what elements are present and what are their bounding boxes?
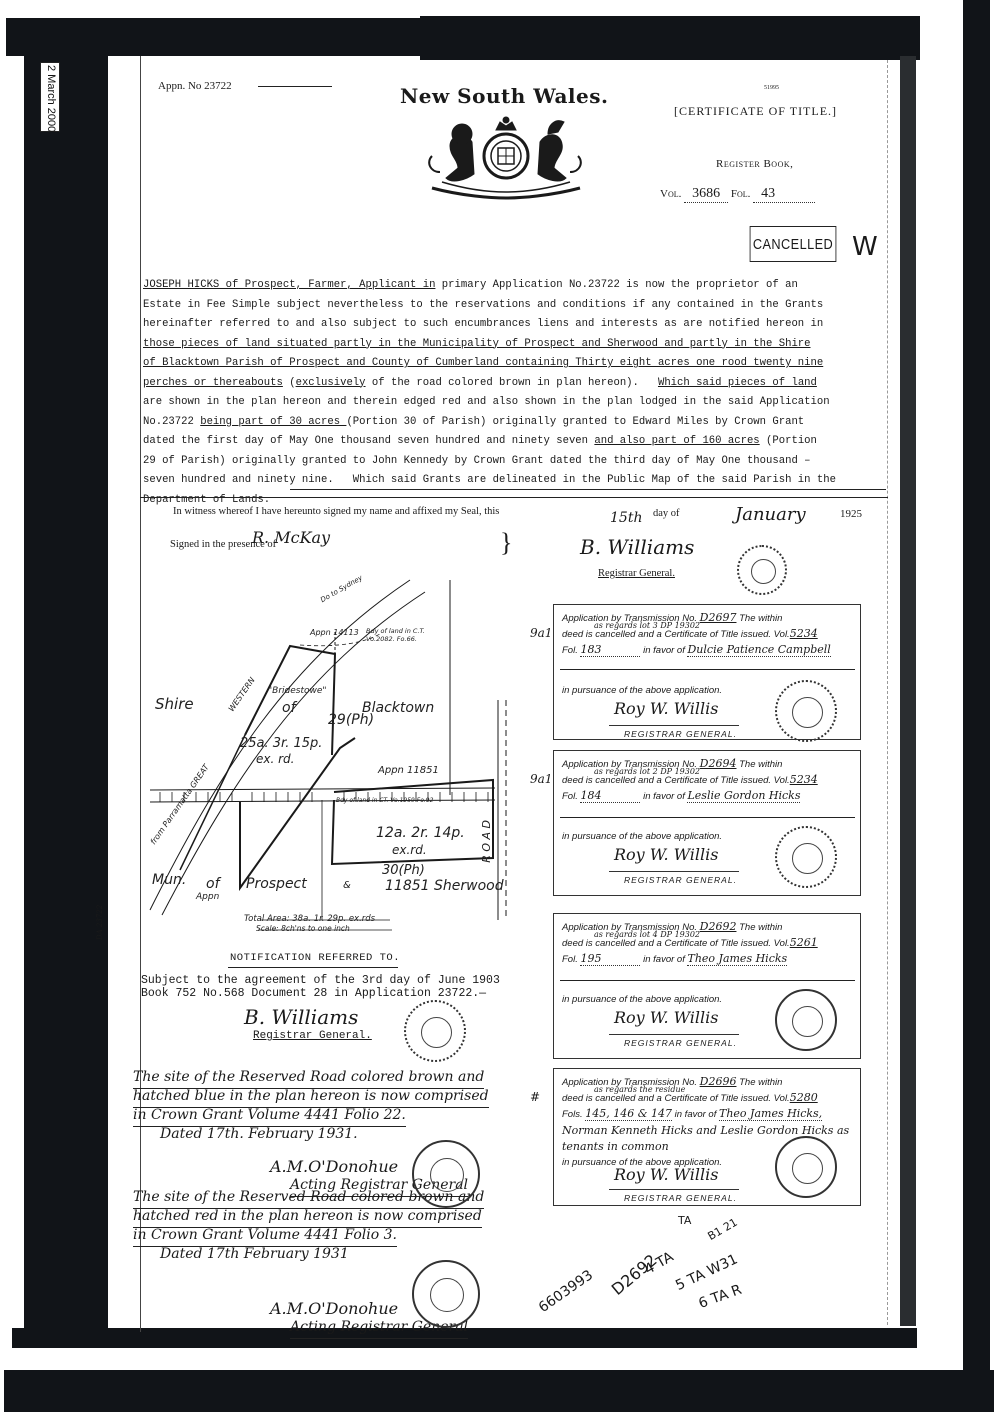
deed-text: deed is cancelled and a Certificate of T…	[562, 629, 790, 640]
fol-label: Fol.	[562, 791, 578, 802]
registrar-seal-icon	[737, 545, 787, 595]
deed-text: deed is cancelled and a Certificate of T…	[562, 1093, 790, 1104]
plan-label-appn-11851: Appn 11851	[378, 765, 439, 776]
new-volume: 5234	[790, 773, 818, 786]
registrar-signature: Roy W. Willis	[614, 1165, 718, 1184]
transmission-line-2: deed is cancelled and a Certificate of T…	[562, 773, 818, 786]
page-right-dotted-edge	[887, 60, 888, 1325]
fol-label: Fol.	[562, 954, 578, 965]
witness-signature: R. McKay	[252, 528, 330, 547]
within-label: The within	[739, 1077, 782, 1088]
registrar-signature: Roy W. Willis	[614, 845, 718, 864]
registrar-signature: Roy W. Willis	[614, 1008, 718, 1027]
plan-label-mun: Mun.	[152, 872, 186, 888]
fol-label: Fol.	[562, 645, 578, 656]
form-serial: 51995	[764, 85, 779, 91]
plan-label-shire: Shire	[155, 695, 194, 713]
registrar-signature: B. Williams	[580, 535, 694, 559]
transmission-line-2: deed is cancelled and a Certificate of T…	[562, 936, 818, 949]
signature-rule	[609, 1034, 739, 1035]
scan-border-top-right	[420, 16, 920, 60]
document-type: [CERTIFICATE OF TITLE.]	[674, 104, 837, 119]
body-text-segment: of the road colored brown in plan hereon…	[366, 377, 658, 389]
body-text-segment: (	[283, 377, 296, 389]
underlined-text: perches or thereabouts	[143, 377, 283, 389]
fol-label: Fols.	[562, 1109, 583, 1120]
body-line: JOSEPH HICKS of Prospect, Farmer, Applic…	[143, 276, 889, 296]
margin-annotation: #	[530, 1090, 540, 1104]
vol-value: 3686	[684, 186, 728, 203]
notification-text: Subject to the agreement of the 3rd day …	[141, 974, 500, 1000]
body-text-segment: Estate in Fee Simple subject nevertheles…	[143, 299, 823, 311]
body-line: hereinafter referred to and also subject…	[143, 315, 889, 335]
favor-label: in favor of	[675, 1109, 717, 1120]
transmission-number: D2694	[700, 757, 737, 770]
within-label: The within	[739, 759, 782, 770]
plan-scale: Scale: 8ch'ns to one inch	[256, 924, 350, 933]
pursuance-text: in pursuance of the above application.	[562, 685, 722, 696]
body-line: perches or thereabouts (exclusively of t…	[143, 374, 889, 394]
favor-label: in favor of	[643, 791, 685, 802]
plan-label-portion30: 30(Ph)	[382, 863, 425, 878]
registrar-signature: Roy W. Willis	[614, 699, 718, 718]
transmission-number: D2696	[700, 1075, 737, 1088]
plan-label-of: of	[282, 700, 296, 716]
witness-clause: In witness whereof I have hereunto signe…	[173, 506, 499, 517]
registrar-seal-icon	[775, 826, 837, 888]
plan-label-road: R O A D	[480, 820, 493, 863]
underlined-text: exclusively	[296, 377, 366, 389]
underlined-text: being part of 30 acres	[200, 416, 346, 428]
favor-label: in favor of	[643, 954, 685, 965]
body-text-segment: dated the first day of May One thousand …	[143, 435, 594, 447]
plan-label-bridestowe: "Bridestowe"	[268, 686, 327, 696]
proprietor-name: Leslie Gordon Hicks	[687, 789, 800, 803]
volume-folio-line: Vol. 3686 Fol. 43	[660, 186, 860, 203]
plan-label-area2-sub: ex.rd.	[392, 843, 427, 857]
plan-label-appn-bottom: Appn	[196, 892, 219, 902]
body-line: of Blacktown Parish of Prospect and Coun…	[143, 354, 889, 374]
notification-registrar-title: Registrar General.	[253, 1030, 372, 1042]
blank-line	[560, 817, 855, 818]
transmission-line-2: deed is cancelled and a Certificate of T…	[562, 1091, 818, 1104]
new-volume: 5280	[790, 1091, 818, 1104]
register-book-label: Register Book,	[716, 158, 793, 170]
vol-label: Vol.	[660, 188, 681, 200]
application-number: Appn. No 23722	[158, 80, 232, 92]
margin-annotation: 9a1	[530, 772, 552, 786]
plan-total-area: Total Area: 38a. 1r. 29p. ex.rds	[244, 914, 375, 924]
plan-label-bdy-note2: Bdy of land in CT. Vo.1959 Fo.92	[336, 797, 433, 804]
plan-label-of2: of	[206, 876, 220, 892]
body-line: dated the first day of May One thousand …	[143, 432, 889, 452]
fol-label: Fol.	[731, 188, 751, 200]
body-line: those pieces of land situated partly in …	[143, 335, 889, 355]
within-label: The within	[739, 613, 782, 624]
body-text-segment: hereinafter referred to and also subject…	[143, 318, 823, 330]
transmission-line-3: Fol. 184 in favor of Leslie Gordon Hicks	[562, 789, 800, 803]
registrar-title: Registrar General.	[598, 568, 675, 579]
body-text-segment: are shown in the plan hereon and therein…	[143, 396, 830, 408]
new-folio: 183	[580, 643, 640, 657]
plan-label-appn-top: Appn 14113	[310, 628, 359, 637]
new-volume: 5261	[790, 936, 818, 949]
body-text-segment: 29 of Parish) originally granted to John…	[143, 455, 811, 467]
transmission-line-2: deed is cancelled and a Certificate of T…	[562, 627, 818, 640]
scan-border-right	[963, 0, 990, 1412]
underlined-text: JOSEPH HICKS of Prospect, Farmer, Applic…	[143, 279, 435, 291]
note-dated: Dated 17th. February 1931.	[160, 1123, 358, 1145]
brace-mark: }	[500, 528, 512, 558]
signature-rule	[609, 725, 739, 726]
new-folio: 184	[580, 789, 640, 803]
pencil-note: TA	[678, 1214, 691, 1227]
body-text-segment: primary Application No.23722 is now the …	[435, 279, 797, 291]
signature-rule	[609, 1189, 739, 1190]
new-folio: 145, 146 & 147	[585, 1107, 672, 1121]
witness-day: 15th	[610, 510, 642, 526]
transmission-line-3: Fol. 183 in favor of Dulcie Patience Cam…	[562, 643, 831, 657]
blank-line	[560, 669, 855, 670]
royal-coat-of-arms-icon	[412, 112, 600, 200]
underlined-text: those pieces of land situated partly in …	[143, 338, 811, 350]
plan-label-bdy-note1: Bdy of land in C.T. Vo.2082. Fo.66.	[366, 627, 426, 643]
registrar-general-label: REGISTRAR GENERAL.	[624, 1038, 737, 1048]
plan-label-amp: &	[343, 880, 351, 891]
acting-registrar-seal-1-icon	[412, 1140, 480, 1208]
scan-border-bottom-outer	[4, 1370, 994, 1412]
blank-line	[560, 980, 855, 981]
notification-signature: B. Williams	[244, 1005, 358, 1029]
scan-border-left	[24, 20, 108, 1330]
registrar-seal-icon	[775, 989, 837, 1051]
witness-year: 1925	[840, 508, 862, 520]
deed-text: deed is cancelled and a Certificate of T…	[562, 938, 790, 949]
registrar-general-label: REGISTRAR GENERAL.	[624, 729, 737, 739]
registrar-seal-icon	[775, 1136, 837, 1198]
body-line: No.23722 being part of 30 acres (Portion…	[143, 413, 889, 433]
within-label: The within	[739, 922, 782, 933]
deed-text: deed is cancelled and a Certificate of T…	[562, 775, 790, 786]
proprietor-name: Dulcie Patience Campbell	[687, 643, 830, 657]
pursuance-text: in pursuance of the above application.	[562, 831, 722, 842]
cancelled-stamp: CANCELLED	[750, 226, 837, 262]
body-text-segment: No.23722	[143, 416, 200, 428]
notification-line-1: Subject to the agreement of the 3rd day …	[141, 974, 500, 987]
transmission-number: D2697	[700, 611, 737, 624]
state-title: New South Wales.	[400, 84, 608, 108]
registrar-general-label: REGISTRAR GENERAL.	[624, 1193, 737, 1203]
new-volume: 5234	[790, 627, 818, 640]
plan-label-sherwood: 11851 Sherwood	[385, 878, 504, 894]
transmission-line-3: Fols. 145, 146 & 147 in favor of Theo Ja…	[562, 1107, 822, 1121]
plan-label-portion29: 29(Ph)	[328, 712, 374, 728]
tick-mark: W	[852, 232, 878, 262]
body-text-segment: seven hundred and ninety nine. Which sai…	[143, 474, 836, 486]
body-end-rule	[290, 489, 886, 490]
day-of-label: day of	[653, 508, 680, 519]
underlined-text: Which said pieces of land	[658, 377, 817, 389]
plan-label-area2: 12a. 2r. 14p.	[376, 825, 465, 841]
scan-date-text: 2 March 2000	[45, 65, 57, 132]
transmission-line-3: Fol. 195 in favor of Theo James Hicks	[562, 952, 787, 966]
transmission-number: D2692	[700, 920, 737, 933]
body-text-segment: (Portion 30 of Parish) originally grante…	[346, 416, 804, 428]
note-dated: Dated 17th February 1931	[160, 1243, 349, 1265]
margin-annotation: 9a1	[530, 626, 552, 640]
application-number-line	[258, 86, 332, 87]
plan-label-prospect: Prospect	[246, 876, 307, 892]
body-text-segment: (Portion	[760, 435, 817, 447]
fol-value: 43	[753, 186, 815, 203]
underlined-text: of Blacktown Parish of Prospect and Coun…	[143, 357, 823, 369]
notification-heading-rule	[228, 967, 398, 968]
body-line: Estate in Fee Simple subject nevertheles…	[143, 296, 889, 316]
notification-line-2: Book 752 No.568 Document 28 in Applicati…	[141, 987, 500, 1000]
notification-heading: NOTIFICATION REFERRED TO.	[230, 952, 400, 964]
scan-date-label: 2 March 2000	[40, 62, 60, 132]
pursuance-text: in pursuance of the above application.	[562, 994, 722, 1005]
plan-label-area1-sub: ex. rd.	[256, 752, 294, 766]
body-line: seven hundred and ninety nine. Which sai…	[143, 471, 889, 491]
left-margin-note: DA 23722	[96, 905, 104, 940]
signature-rule	[609, 871, 739, 872]
proprietor-name: Theo James Hicks	[687, 952, 787, 966]
registrar-seal-icon	[775, 680, 837, 742]
underlined-text: and also part of 160 acres	[594, 435, 759, 447]
favor-label: in favor of	[643, 645, 685, 656]
body-text-segment: Department of Lands.	[143, 494, 270, 506]
new-folio: 195	[580, 952, 640, 966]
witness-month: January	[735, 504, 806, 525]
registrar-general-label: REGISTRAR GENERAL.	[624, 875, 737, 885]
notification-seal-icon	[404, 1000, 466, 1062]
proprietor-name: Theo James Hicks,	[719, 1107, 822, 1121]
body-line: 29 of Parish) originally granted to John…	[143, 452, 889, 472]
acting-registrar-seal-2-icon	[412, 1260, 480, 1328]
body-line: are shown in the plan hereon and therein…	[143, 393, 889, 413]
plan-label-area1: 25a. 3r. 15p.	[240, 736, 322, 751]
certificate-body-text: JOSEPH HICKS of Prospect, Farmer, Applic…	[143, 276, 889, 510]
scan-border-right-inner	[900, 56, 916, 1326]
body-bottom-rule	[140, 497, 888, 498]
